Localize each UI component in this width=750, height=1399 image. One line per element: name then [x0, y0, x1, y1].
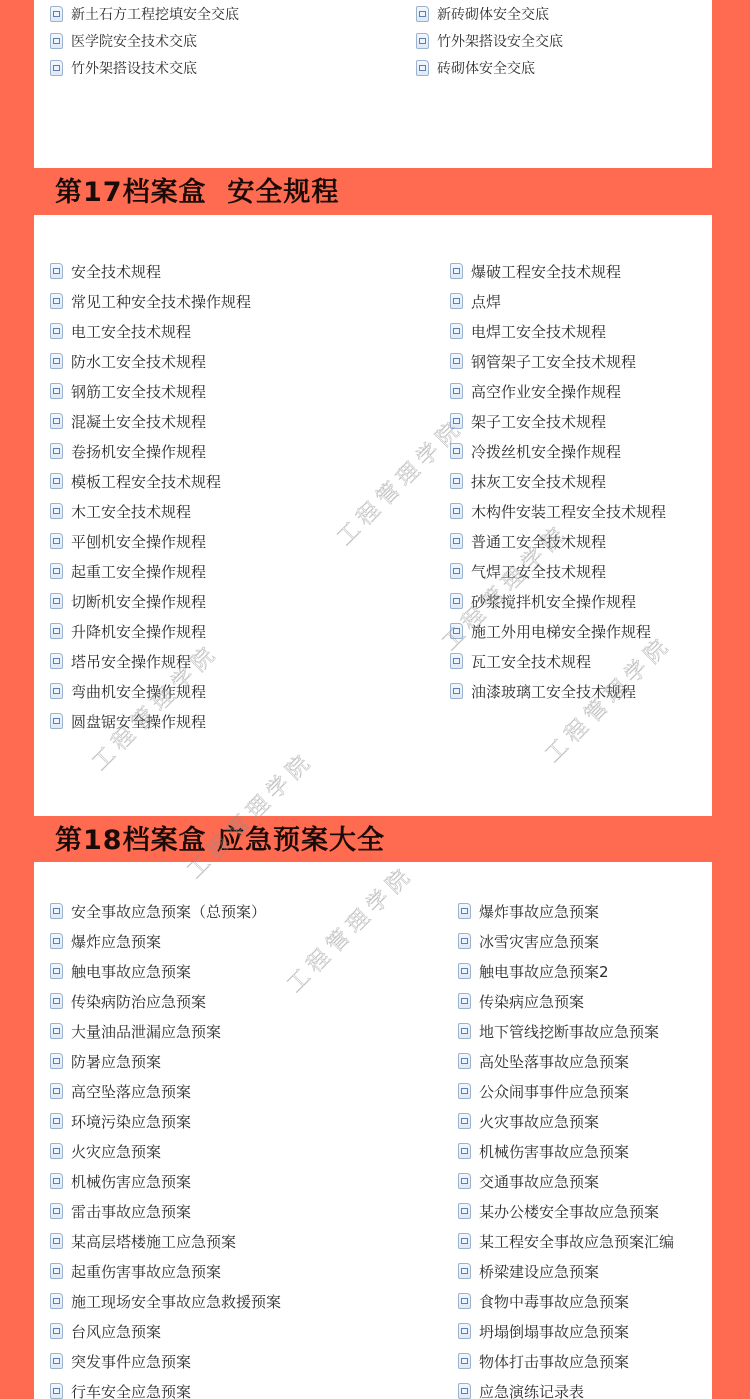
word-doc-icon — [50, 1113, 63, 1129]
item-label: 传染病防治应急预案 — [71, 991, 206, 1012]
list-item[interactable]: 防暑应急预案 — [50, 1046, 281, 1076]
word-doc-icon — [450, 323, 463, 339]
word-doc-icon — [50, 903, 63, 919]
item-label: 爆破工程安全技术规程 — [471, 261, 621, 282]
word-doc-icon — [450, 383, 463, 399]
word-doc-icon — [458, 1263, 471, 1279]
section-17-left-column: 安全技术规程 常见工种安全技术操作规程 电工安全技术规程 防水工安全技术规程 钢… — [50, 256, 251, 736]
word-doc-icon — [50, 653, 63, 669]
item-label: 爆炸应急预案 — [71, 931, 161, 952]
list-item[interactable]: 安全事故应急预案（总预案） — [50, 896, 281, 926]
item-label: 应急演练记录表 — [479, 1381, 584, 1399]
list-item[interactable]: 起重伤害事故应急预案 — [50, 1256, 281, 1286]
list-item[interactable]: 火灾应急预案 — [50, 1136, 281, 1166]
list-item[interactable]: 应急演练记录表 — [458, 1376, 674, 1399]
word-doc-icon — [458, 1203, 471, 1219]
item-label: 高空坠落应急预案 — [71, 1081, 191, 1102]
list-item[interactable]: 雷击事故应急预案 — [50, 1196, 281, 1226]
item-label: 施工现场安全事故应急救援预案 — [71, 1291, 281, 1312]
word-doc-icon — [50, 1173, 63, 1189]
word-doc-icon — [450, 293, 463, 309]
list-item[interactable]: 高空坠落应急预案 — [50, 1076, 281, 1106]
list-item[interactable]: 食物中毒事故应急预案 — [458, 1286, 674, 1316]
word-doc-icon — [50, 323, 63, 339]
item-label: 点焊 — [471, 291, 501, 312]
list-item[interactable]: 坍塌倒塌事故应急预案 — [458, 1316, 674, 1346]
list-item[interactable]: 传染病应急预案 — [458, 986, 674, 1016]
word-doc-icon — [50, 413, 63, 429]
word-doc-icon — [458, 1383, 471, 1399]
word-doc-icon — [458, 963, 471, 979]
item-label: 高处坠落事故应急预案 — [479, 1051, 629, 1072]
list-item[interactable]: 塔吊安全操作规程 — [50, 646, 251, 676]
list-item[interactable]: 钢筋工安全技术规程 — [50, 376, 251, 406]
section-18-title: 第18档案盒 应急预案大全 — [55, 818, 385, 857]
item-label: 爆炸事故应急预案 — [479, 901, 599, 922]
list-item[interactable]: 油漆玻璃工安全技术规程 — [450, 676, 666, 706]
list-item[interactable]: 物体打击事故应急预案 — [458, 1346, 674, 1376]
list-item[interactable]: 交通事故应急预案 — [458, 1166, 674, 1196]
word-doc-icon — [458, 1323, 471, 1339]
list-item[interactable]: 传染病防治应急预案 — [50, 986, 281, 1016]
list-item[interactable]: 木构件安装工程安全技术规程 — [450, 496, 666, 526]
word-doc-icon — [50, 1263, 63, 1279]
word-doc-icon — [450, 533, 463, 549]
word-doc-icon — [450, 563, 463, 579]
item-label: 抹灰工安全技术规程 — [471, 471, 606, 492]
word-doc-icon — [458, 1113, 471, 1129]
word-doc-icon — [450, 683, 463, 699]
word-doc-icon — [50, 383, 63, 399]
item-label: 冷拨丝机安全操作规程 — [471, 441, 621, 462]
list-item[interactable]: 模板工程安全技术规程 — [50, 466, 251, 496]
item-label: 物体打击事故应急预案 — [479, 1351, 629, 1372]
list-item[interactable]: 爆破工程安全技术规程 — [450, 256, 666, 286]
item-label: 升降机安全操作规程 — [71, 621, 206, 642]
item-label: 防暑应急预案 — [71, 1051, 161, 1072]
word-doc-icon — [50, 933, 63, 949]
word-doc-icon — [50, 263, 63, 279]
item-label: 卷扬机安全操作规程 — [71, 441, 206, 462]
word-doc-icon — [458, 933, 471, 949]
list-item[interactable]: 行车安全应急预案 — [50, 1376, 281, 1399]
word-doc-icon — [50, 353, 63, 369]
item-label: 行车安全应急预案 — [71, 1381, 191, 1399]
item-label: 起重伤害事故应急预案 — [71, 1261, 221, 1282]
item-label: 平刨机安全操作规程 — [71, 531, 206, 552]
list-item[interactable]: 木工安全技术规程 — [50, 496, 251, 526]
word-doc-icon — [50, 6, 63, 22]
item-label: 瓦工安全技术规程 — [471, 651, 591, 672]
top-right-column: 新砖砌体安全交底 竹外架搭设安全交底 砖砌体安全交底 — [416, 0, 563, 81]
list-item[interactable]: 高处坠落事故应急预案 — [458, 1046, 674, 1076]
list-item[interactable]: 圆盘锯安全操作规程 — [50, 706, 251, 736]
item-label: 新砖砌体安全交底 — [437, 4, 549, 24]
item-label: 油漆玻璃工安全技术规程 — [471, 681, 636, 702]
list-item[interactable]: 气焊工安全技术规程 — [450, 556, 666, 586]
list-item[interactable]: 触电事故应急预案2 — [458, 956, 674, 986]
item-label: 模板工程安全技术规程 — [71, 471, 221, 492]
word-doc-icon — [50, 1143, 63, 1159]
list-item[interactable]: 某办公楼安全事故应急预案 — [458, 1196, 674, 1226]
list-item[interactable]: 台风应急预案 — [50, 1316, 281, 1346]
word-doc-icon — [450, 413, 463, 429]
item-label: 火灾应急预案 — [71, 1141, 161, 1162]
word-doc-icon — [450, 443, 463, 459]
list-item[interactable]: 弯曲机安全操作规程 — [50, 676, 251, 706]
word-doc-icon — [50, 713, 63, 729]
word-doc-icon — [50, 993, 63, 1009]
word-doc-icon — [450, 653, 463, 669]
list-item[interactable]: 起重工安全操作规程 — [50, 556, 251, 586]
item-label: 新土石方工程挖填安全交底 — [71, 4, 239, 24]
word-doc-icon — [50, 1353, 63, 1369]
item-label: 电工安全技术规程 — [71, 321, 191, 342]
item-label: 交通事故应急预案 — [479, 1171, 599, 1192]
item-label: 混凝土安全技术规程 — [71, 411, 206, 432]
word-doc-icon — [458, 1233, 471, 1249]
item-label: 某工程安全事故应急预案汇编 — [479, 1231, 674, 1252]
item-label: 机械伤害应急预案 — [71, 1171, 191, 1192]
item-label: 冰雪灾害应急预案 — [479, 931, 599, 952]
list-item[interactable]: 桥梁建设应急预案 — [458, 1256, 674, 1286]
word-doc-icon — [50, 593, 63, 609]
item-label: 雷击事故应急预案 — [71, 1201, 191, 1222]
item-label: 防水工安全技术规程 — [71, 351, 206, 372]
word-doc-icon — [50, 293, 63, 309]
item-label: 竹外架搭设安全交底 — [437, 31, 563, 51]
list-item[interactable]: 混凝土安全技术规程 — [50, 406, 251, 436]
word-doc-icon — [50, 60, 63, 76]
item-label: 弯曲机安全操作规程 — [71, 681, 206, 702]
list-item[interactable]: 触电事故应急预案 — [50, 956, 281, 986]
item-label: 木工安全技术规程 — [71, 501, 191, 522]
item-label: 气焊工安全技术规程 — [471, 561, 606, 582]
list-item[interactable]: 砂浆搅拌机安全操作规程 — [450, 586, 666, 616]
word-doc-icon — [50, 1083, 63, 1099]
word-doc-icon — [50, 473, 63, 489]
list-item[interactable]: 冷拨丝机安全操作规程 — [450, 436, 666, 466]
list-item[interactable]: 突发事件应急预案 — [50, 1346, 281, 1376]
panel-section-17: 安全技术规程 常见工种安全技术操作规程 电工安全技术规程 防水工安全技术规程 钢… — [34, 215, 712, 816]
list-item[interactable]: 卷扬机安全操作规程 — [50, 436, 251, 466]
item-label: 砖砌体安全交底 — [437, 58, 535, 78]
word-doc-icon — [50, 1383, 63, 1399]
item-label: 台风应急预案 — [71, 1321, 161, 1342]
list-item[interactable]: 抹灰工安全技术规程 — [450, 466, 666, 496]
list-item[interactable]: 架子工安全技术规程 — [450, 406, 666, 436]
word-doc-icon — [416, 60, 429, 76]
list-item[interactable]: 电焊工安全技术规程 — [450, 316, 666, 346]
item-label: 高空作业安全操作规程 — [471, 381, 621, 402]
word-doc-icon — [50, 1053, 63, 1069]
word-doc-icon — [50, 33, 63, 49]
panel-top: 新土石方工程挖填安全交底 医学院安全技术交底 竹外架搭设技术交底 新砖砌体安全交… — [34, 0, 712, 168]
item-label: 触电事故应急预案 — [71, 961, 191, 982]
item-label: 坍塌倒塌事故应急预案 — [479, 1321, 629, 1342]
item-label: 机械伤害事故应急预案 — [479, 1141, 629, 1162]
word-doc-icon — [50, 533, 63, 549]
item-label: 触电事故应急预案2 — [479, 961, 609, 982]
word-doc-icon — [458, 1143, 471, 1159]
word-doc-icon — [450, 623, 463, 639]
list-item[interactable]: 安全技术规程 — [50, 256, 251, 286]
word-doc-icon — [458, 1293, 471, 1309]
list-item[interactable]: 机械伤害事故应急预案 — [458, 1136, 674, 1166]
word-doc-icon — [450, 473, 463, 489]
word-doc-icon — [50, 683, 63, 699]
list-item[interactable]: 高空作业安全操作规程 — [450, 376, 666, 406]
word-doc-icon — [50, 503, 63, 519]
word-doc-icon — [458, 1023, 471, 1039]
word-doc-icon — [458, 993, 471, 1009]
item-label: 切断机安全操作规程 — [71, 591, 206, 612]
item-label: 某办公楼安全事故应急预案 — [479, 1201, 659, 1222]
item-label: 火灾事故应急预案 — [479, 1111, 599, 1132]
list-item[interactable]: 钢管架子工安全技术规程 — [450, 346, 666, 376]
word-doc-icon — [50, 1023, 63, 1039]
word-doc-icon — [50, 1323, 63, 1339]
item-label: 突发事件应急预案 — [71, 1351, 191, 1372]
list-item[interactable]: 升降机安全操作规程 — [50, 616, 251, 646]
item-label: 起重工安全操作规程 — [71, 561, 206, 582]
list-item[interactable]: 切断机安全操作规程 — [50, 586, 251, 616]
list-item[interactable]: 点焊 — [450, 286, 666, 316]
section-18-left-column: 安全事故应急预案（总预案） 爆炸应急预案 触电事故应急预案 传染病防治应急预案 … — [50, 896, 281, 1399]
word-doc-icon — [458, 1083, 471, 1099]
word-doc-icon — [50, 963, 63, 979]
list-item[interactable]: 医学院安全技术交底 — [50, 27, 239, 54]
item-label: 大量油品泄漏应急预案 — [71, 1021, 221, 1042]
list-item[interactable]: 环境污染应急预案 — [50, 1106, 281, 1136]
list-item[interactable]: 公众闹事事件应急预案 — [458, 1076, 674, 1106]
word-doc-icon — [50, 1293, 63, 1309]
list-item[interactable]: 普通工安全技术规程 — [450, 526, 666, 556]
word-doc-icon — [50, 1203, 63, 1219]
panel-section-18: 安全事故应急预案（总预案） 爆炸应急预案 触电事故应急预案 传染病防治应急预案 … — [34, 862, 712, 1399]
list-item[interactable]: 新砖砌体安全交底 — [416, 0, 563, 27]
list-item[interactable]: 平刨机安全操作规程 — [50, 526, 251, 556]
list-item[interactable]: 施工现场安全事故应急救援预案 — [50, 1286, 281, 1316]
item-label: 竹外架搭设技术交底 — [71, 58, 197, 78]
word-doc-icon — [458, 1173, 471, 1189]
item-label: 食物中毒事故应急预案 — [479, 1291, 629, 1312]
list-item[interactable]: 新土石方工程挖填安全交底 — [50, 0, 239, 27]
list-item[interactable]: 砖砌体安全交底 — [416, 54, 563, 81]
list-item[interactable]: 大量油品泄漏应急预案 — [50, 1016, 281, 1046]
list-item[interactable]: 某工程安全事故应急预案汇编 — [458, 1226, 674, 1256]
list-item[interactable]: 某高层塔楼施工应急预案 — [50, 1226, 281, 1256]
list-item[interactable]: 施工外用电梯安全操作规程 — [450, 616, 666, 646]
word-doc-icon — [450, 593, 463, 609]
word-doc-icon — [450, 353, 463, 369]
list-item[interactable]: 爆炸事故应急预案 — [458, 896, 674, 926]
word-doc-icon — [50, 1233, 63, 1249]
word-doc-icon — [416, 6, 429, 22]
list-item[interactable]: 常见工种安全技术操作规程 — [50, 286, 251, 316]
word-doc-icon — [50, 563, 63, 579]
word-doc-icon — [50, 623, 63, 639]
item-label: 安全事故应急预案（总预案） — [71, 901, 266, 922]
section-17-title: 第17档案盒 安全规程 — [55, 170, 339, 209]
item-label: 某高层塔楼施工应急预案 — [71, 1231, 236, 1252]
item-label: 电焊工安全技术规程 — [471, 321, 606, 342]
item-label: 木构件安装工程安全技术规程 — [471, 501, 666, 522]
top-left-column: 新土石方工程挖填安全交底 医学院安全技术交底 竹外架搭设技术交底 — [50, 0, 239, 81]
item-label: 塔吊安全操作规程 — [71, 651, 191, 672]
word-doc-icon — [450, 503, 463, 519]
section-18-right-column: 爆炸事故应急预案 冰雪灾害应急预案 触电事故应急预案2 传染病应急预案 地下管线… — [458, 896, 674, 1399]
item-label: 普通工安全技术规程 — [471, 531, 606, 552]
list-item[interactable]: 机械伤害应急预案 — [50, 1166, 281, 1196]
item-label: 安全技术规程 — [71, 261, 161, 282]
list-item[interactable]: 竹外架搭设安全交底 — [416, 27, 563, 54]
list-item[interactable]: 爆炸应急预案 — [50, 926, 281, 956]
item-label: 施工外用电梯安全操作规程 — [471, 621, 651, 642]
item-label: 常见工种安全技术操作规程 — [71, 291, 251, 312]
section-17-right-column: 爆破工程安全技术规程 点焊 电焊工安全技术规程 钢管架子工安全技术规程 高空作业… — [450, 256, 666, 706]
list-item[interactable]: 火灾事故应急预案 — [458, 1106, 674, 1136]
item-label: 公众闹事事件应急预案 — [479, 1081, 629, 1102]
list-item[interactable]: 地下管线挖断事故应急预案 — [458, 1016, 674, 1046]
item-label: 圆盘锯安全操作规程 — [71, 711, 206, 732]
item-label: 环境污染应急预案 — [71, 1111, 191, 1132]
word-doc-icon — [458, 903, 471, 919]
item-label: 传染病应急预案 — [479, 991, 584, 1012]
word-doc-icon — [450, 263, 463, 279]
list-item[interactable]: 电工安全技术规程 — [50, 316, 251, 346]
item-label: 桥梁建设应急预案 — [479, 1261, 599, 1282]
item-label: 地下管线挖断事故应急预案 — [479, 1021, 659, 1042]
word-doc-icon — [50, 443, 63, 459]
list-item[interactable]: 冰雪灾害应急预案 — [458, 926, 674, 956]
item-label: 钢管架子工安全技术规程 — [471, 351, 636, 372]
word-doc-icon — [416, 33, 429, 49]
item-label: 医学院安全技术交底 — [71, 31, 197, 51]
word-doc-icon — [458, 1053, 471, 1069]
item-label: 砂浆搅拌机安全操作规程 — [471, 591, 636, 612]
item-label: 架子工安全技术规程 — [471, 411, 606, 432]
item-label: 钢筋工安全技术规程 — [71, 381, 206, 402]
word-doc-icon — [458, 1353, 471, 1369]
list-item[interactable]: 瓦工安全技术规程 — [450, 646, 666, 676]
list-item[interactable]: 竹外架搭设技术交底 — [50, 54, 239, 81]
list-item[interactable]: 防水工安全技术规程 — [50, 346, 251, 376]
